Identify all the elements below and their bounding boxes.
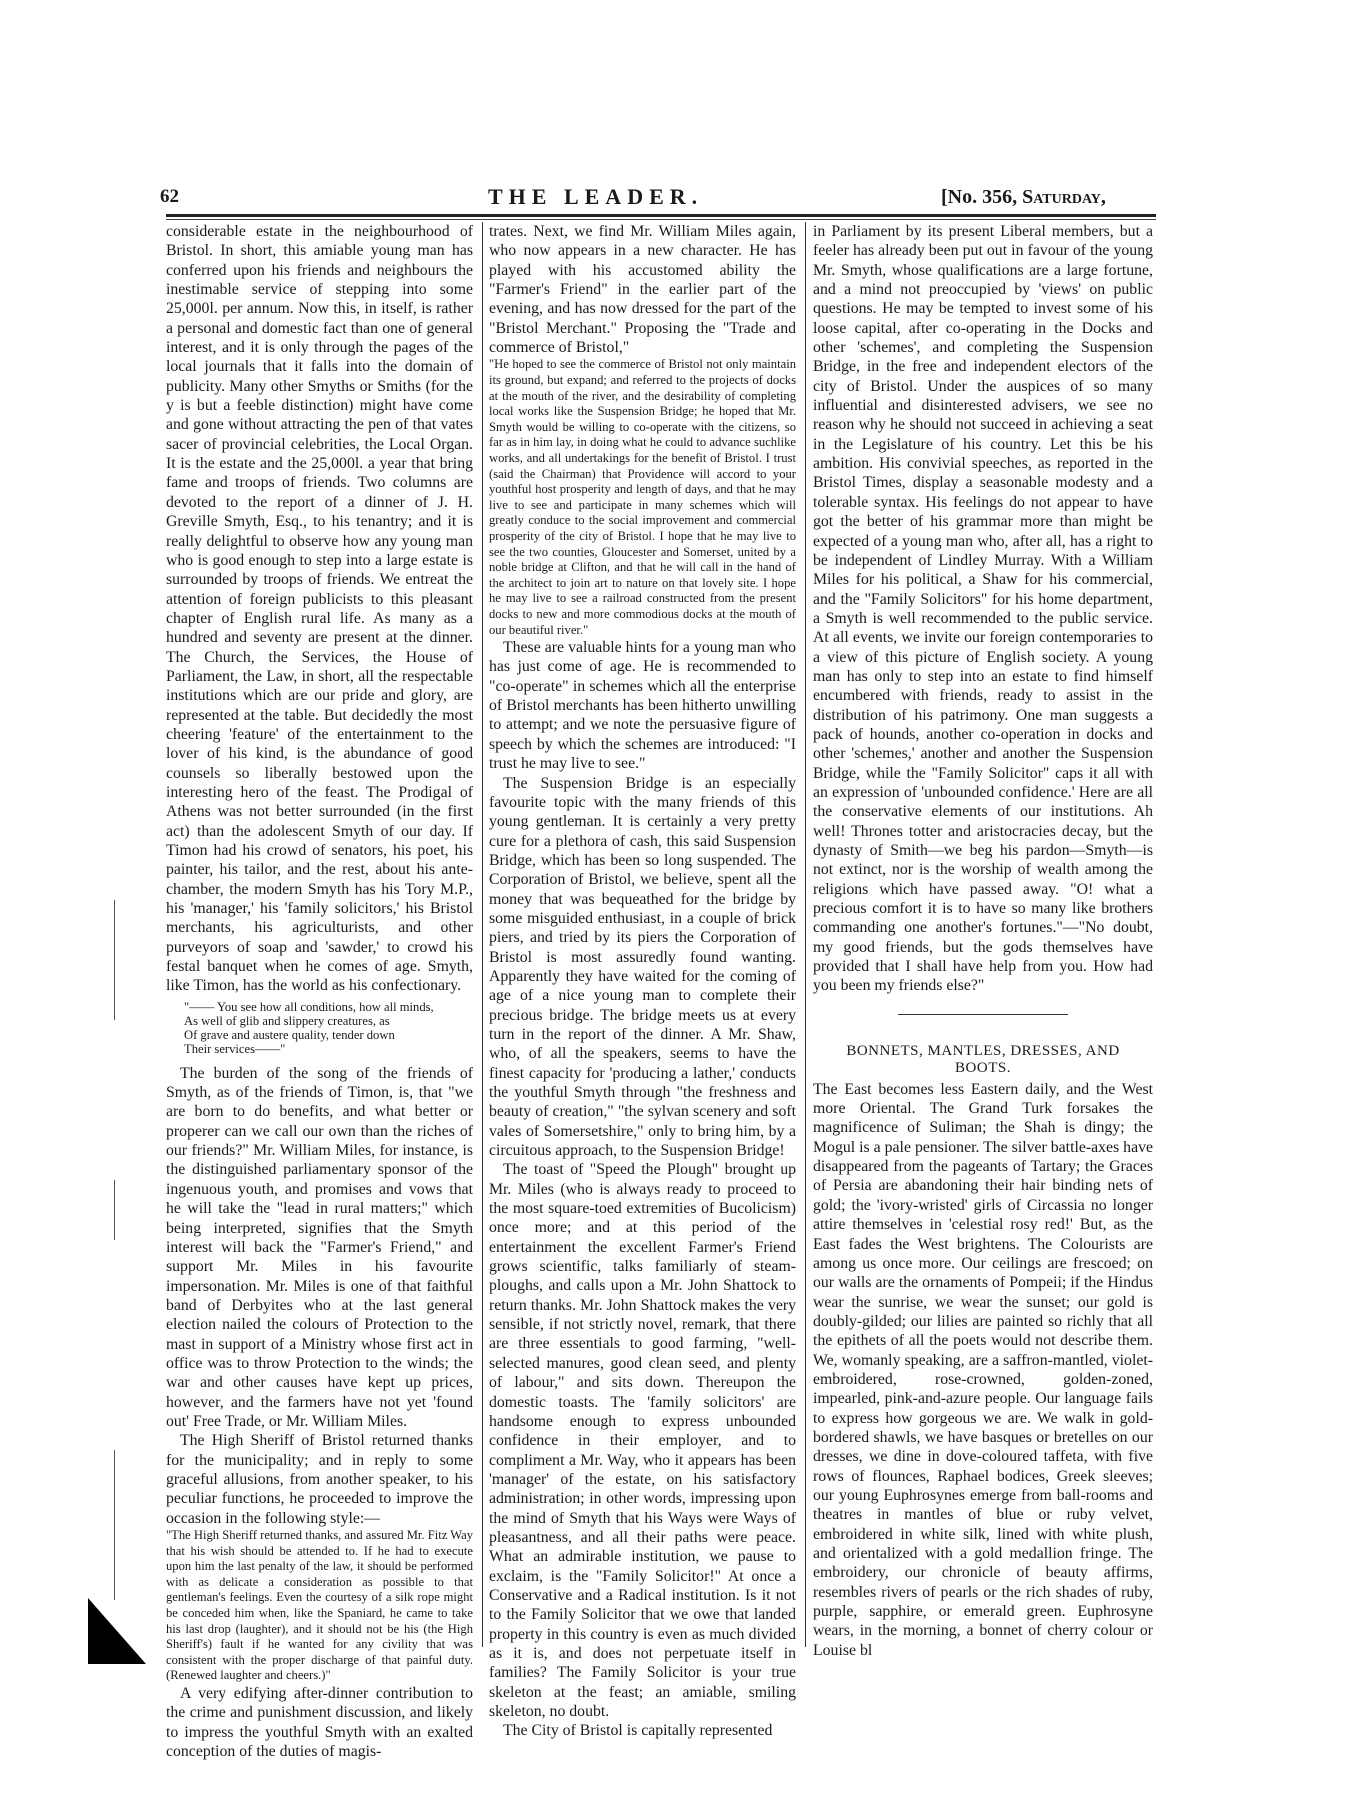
- article-paragraph: in Parliament by its present Liberal mem…: [813, 222, 1153, 996]
- article-paragraph: The toast of "Speed the Plough" brought …: [489, 1160, 796, 1721]
- article-paragraph: The East becomes less Eastern daily, and…: [813, 1080, 1153, 1660]
- verse-line: Their services——": [184, 1042, 473, 1056]
- verse-line: Of grave and austere quality, tender dow…: [184, 1028, 473, 1042]
- section-heading-line: BOOTS.: [813, 1060, 1153, 1077]
- scan-artifact: [114, 1450, 115, 1600]
- column-divider: [805, 222, 806, 1647]
- section-divider: [898, 1014, 1068, 1015]
- section-heading-line: BONNETS, MANTLES, DRESSES, AND: [813, 1043, 1153, 1060]
- section-heading: BONNETS, MANTLES, DRESSES, AND BOOTS.: [813, 1043, 1153, 1077]
- header-rule-thin: [166, 219, 1156, 220]
- article-paragraph: The Suspension Bridge is an especially f…: [489, 774, 796, 1161]
- scan-artifact: [114, 1180, 115, 1240]
- verse-line: As well of glib and slippery creatures, …: [184, 1014, 473, 1028]
- issue-number: [No. 356,: [941, 186, 1022, 208]
- article-paragraph: These are valuable hints for a young man…: [489, 638, 796, 773]
- column-divider: [482, 222, 483, 1647]
- verse-quotation: "—— You see how all conditions, how all …: [184, 1000, 473, 1056]
- page-number: 62: [160, 186, 179, 208]
- header-rule: [166, 214, 1156, 217]
- article-paragraph: A very edifying after-dinner contributio…: [166, 1684, 473, 1761]
- column-1: considerable estate in the neighbourhood…: [166, 222, 473, 1761]
- verse-line: "—— You see how all conditions, how all …: [184, 1000, 473, 1014]
- article-paragraph: The High Sheriff of Bristol returned tha…: [166, 1431, 473, 1528]
- scan-artifact: [114, 900, 115, 1020]
- issue-info: [No. 356, Saturday,: [941, 186, 1106, 209]
- block-quotation: "The High Sheriff returned thanks, and a…: [166, 1528, 473, 1684]
- column-2: trates. Next, we find Mr. William Miles …: [489, 222, 796, 1741]
- article-paragraph: considerable estate in the neighbourhood…: [166, 222, 473, 996]
- column-3: in Parliament by its present Liberal mem…: [813, 222, 1153, 1660]
- article-paragraph: The City of Bristol is capitally represe…: [489, 1721, 796, 1740]
- block-quotation: "He hoped to see the commerce of Bristol…: [489, 357, 796, 638]
- masthead-title: THE LEADER.: [488, 184, 703, 210]
- page-corner-shadow: [88, 1598, 146, 1664]
- article-paragraph: trates. Next, we find Mr. William Miles …: [489, 222, 796, 357]
- issue-day: Saturday,: [1022, 186, 1106, 208]
- article-paragraph: The burden of the song of the friends of…: [166, 1064, 473, 1432]
